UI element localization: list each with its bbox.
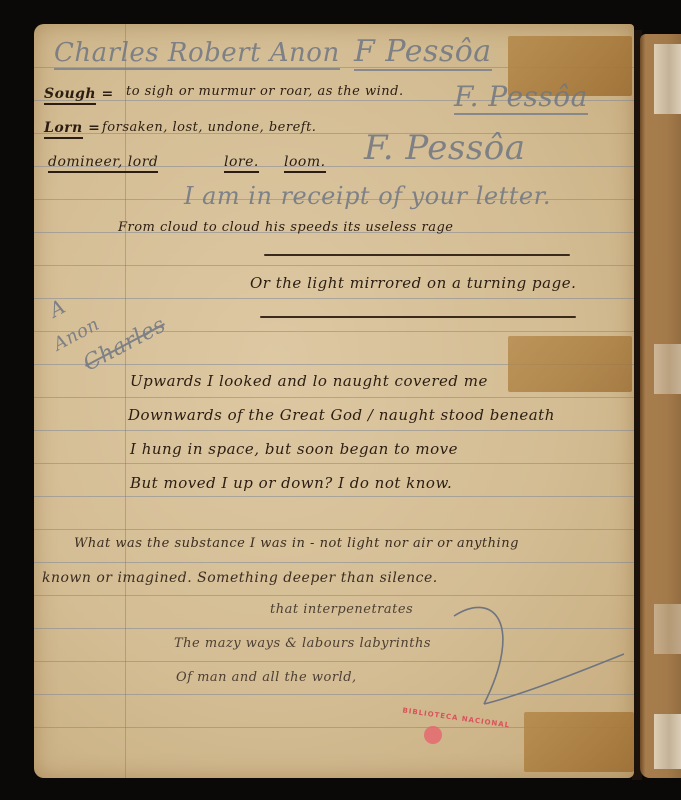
pencil-curve-stroke <box>414 594 634 714</box>
term-lorn: Lorn <box>44 120 83 139</box>
verse-line: Or the light mirrored on a turning page. <box>250 274 576 292</box>
pencil-letter-line: I am in receipt of your letter. <box>184 182 551 210</box>
term-sough: Sough <box>44 86 96 105</box>
tape-bottom <box>524 712 634 772</box>
ruled-line <box>34 397 634 398</box>
ruled-line <box>34 562 634 563</box>
equals-sign: = <box>101 86 113 102</box>
prose-line: that interpenetrates <box>270 602 413 617</box>
header-pencil: Charles Robert Anon <box>54 38 340 70</box>
ruled-line <box>34 496 634 497</box>
tape-middle <box>508 336 632 392</box>
equals-sign: = <box>88 120 100 136</box>
definition-sough: to sigh or murmur or roar, as the wind. <box>126 84 404 99</box>
verse-line: Downwards of the Great God / naught stoo… <box>128 406 555 424</box>
prose-line: known or imagined. Something deeper than… <box>42 570 438 586</box>
verse-line: From cloud to cloud his speeds its usele… <box>118 220 453 235</box>
ruled-line <box>34 463 634 464</box>
verse-line: I hung in space, but soon began to move <box>130 440 458 458</box>
prose-line: The mazy ways & labours labyrinths <box>174 636 431 651</box>
prose-line: What was the substance I was in - not li… <box>74 536 519 551</box>
stamp-seal <box>424 726 442 744</box>
cover-tape <box>654 44 681 114</box>
ruled-line <box>34 529 634 530</box>
notebook-cover <box>640 34 681 778</box>
signature-2: F. Pessôa <box>454 80 588 115</box>
ruled-line <box>34 430 634 431</box>
prose-line: Of man and all the world, <box>176 670 357 685</box>
cover-tape <box>654 604 681 654</box>
word-loom: loom. <box>284 154 326 173</box>
verse-line: Upwards I looked and lo naught covered m… <box>130 372 488 390</box>
signature-1: F Pessôa <box>354 34 492 71</box>
signature-3: F. Pessôa <box>364 128 526 168</box>
cover-tape <box>654 344 681 394</box>
cover-tape <box>654 714 681 769</box>
word-lore: lore. <box>224 154 259 173</box>
manuscript-page: Charles Robert Anon F Pessôa F. Pessôa F… <box>34 24 634 778</box>
word-domineer: domineer, lord <box>48 154 158 173</box>
margin-line <box>125 24 126 778</box>
verse-line: But moved I up or down? I do not know. <box>130 474 452 492</box>
ruled-line <box>34 265 634 266</box>
ruled-line <box>34 298 634 299</box>
definition-lorn: forsaken, lost, undone, bereft. <box>102 120 316 135</box>
divider-line <box>260 316 576 318</box>
divider-line <box>264 254 570 256</box>
